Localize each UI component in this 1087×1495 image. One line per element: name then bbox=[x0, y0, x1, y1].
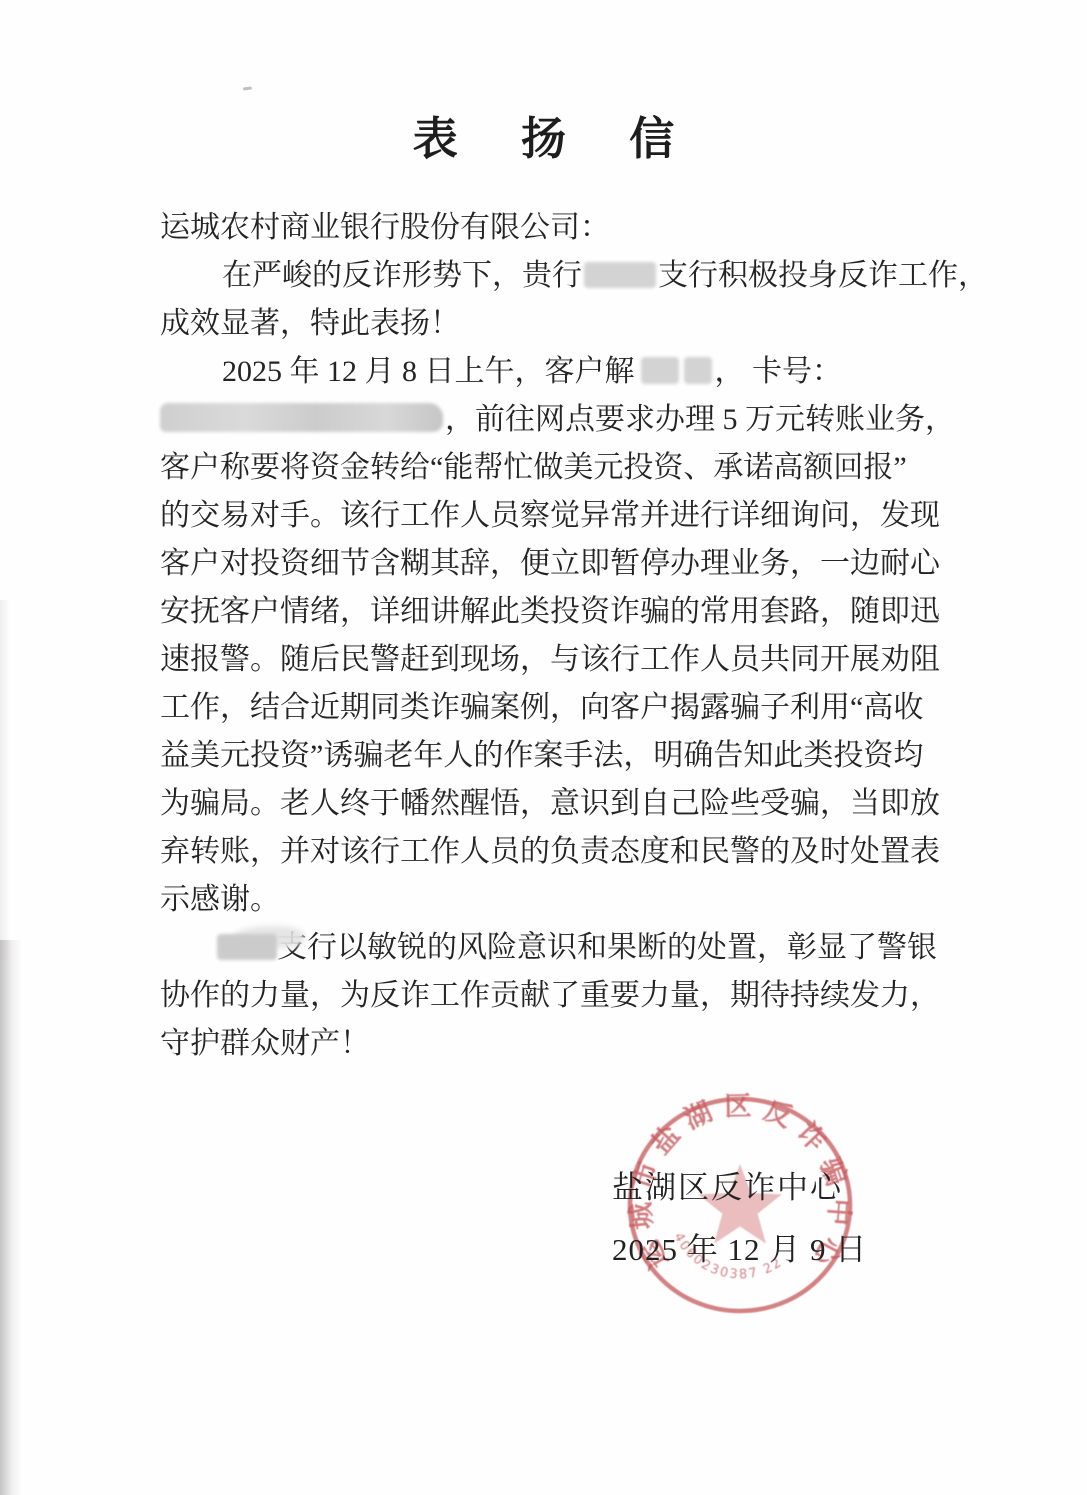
salutation-text: 运城农村商业银行股份有限公司： bbox=[160, 211, 610, 244]
para1-line1-pre: 在严峻的反诈形势下，贵行 bbox=[222, 259, 582, 292]
para2-line10-text: 为骗局。老人终于幡然醒悟，意识到自己险些受骗，当即放 bbox=[160, 787, 940, 820]
para3-line3: 守护群众财产！ bbox=[160, 1020, 960, 1068]
para2-line2-post: ，前往网点要求办理 5 万元转账业务， bbox=[445, 403, 955, 436]
salutation-line: 运城农村商业银行股份有限公司： bbox=[160, 204, 960, 252]
scan-shadow-left bbox=[0, 940, 22, 1495]
redaction-branch-name-2 bbox=[217, 934, 277, 960]
para2-line11-text: 弃转账，并对该行工作人员的负责态度和民警的及时处置表 bbox=[160, 835, 940, 868]
redaction-card-number bbox=[160, 403, 443, 432]
para2-line9-text: 益美元投资”诱骗老年人的作案手法，明确告知此类投资均 bbox=[160, 739, 923, 772]
signature-date: 2025 年 12 月 9 日 bbox=[612, 1224, 867, 1269]
para1-line1: 在严峻的反诈形势下，贵行支行积极投身反诈工作， bbox=[160, 252, 960, 300]
para2-line8: 工作，结合近期同类诈骗案例，向客户揭露骗子利用“高收 bbox=[160, 684, 960, 732]
para2-line9: 益美元投资”诱骗老年人的作案手法，明确告知此类投资均 bbox=[160, 732, 960, 780]
redaction-branch-name bbox=[584, 262, 656, 288]
scan-shadow-left-soft bbox=[0, 600, 10, 960]
para2-line7: 速报警。随后民警赶到现场，与该行工作人员共同开展劝阻 bbox=[160, 636, 960, 684]
para2-line5-text: 客户对投资细节含糊其辞，便立即暂停办理业务，一边耐心 bbox=[160, 547, 940, 580]
para2-line3: 客户称要将资金转给“能帮忙做美元投资、承诺高额回报” bbox=[160, 444, 960, 492]
letter-title: 表 扬 信 bbox=[0, 102, 1087, 167]
para2-line6-text: 安抚客户情绪，详细讲解此类投资诈骗的常用套路，随即迅 bbox=[160, 595, 940, 628]
para3-line1-post: 支行以敏锐的风险意识和果断的处置，彰显了警银 bbox=[277, 931, 937, 964]
para2-line10: 为骗局。老人终于幡然醒悟，意识到自己险些受骗，当即放 bbox=[160, 780, 960, 828]
signature-org: 盐湖区反诈中心 bbox=[612, 1162, 867, 1207]
para3-line3-text: 守护群众财产！ bbox=[160, 1027, 370, 1060]
para2-line2: ，前往网点要求办理 5 万元转账业务， bbox=[160, 396, 960, 444]
para2-line1-post: ， 卡号： bbox=[715, 355, 843, 388]
para2-line7-text: 速报警。随后民警赶到现场，与该行工作人员共同开展劝阻 bbox=[160, 643, 940, 676]
para1-line2: 成效显著，特此表扬！ bbox=[160, 300, 960, 348]
scan-artifact-mark bbox=[243, 86, 252, 90]
para2-line12: 示感谢。 bbox=[160, 876, 960, 924]
letter-body: 运城农村商业银行股份有限公司： 在严峻的反诈形势下，贵行支行积极投身反诈工作， … bbox=[160, 204, 960, 1068]
para2-line4-text: 的交易对手。该行工作人员察觉异常并进行详细询问，发现 bbox=[160, 499, 940, 532]
para2-line3-text: 客户称要将资金转给“能帮忙做美元投资、承诺高额回报” bbox=[160, 451, 907, 484]
redaction-customer-name-2 bbox=[684, 357, 712, 384]
para2-line6: 安抚客户情绪，详细讲解此类投资诈骗的常用套路，随即迅 bbox=[160, 588, 960, 636]
para2-line8-text: 工作，结合近期同类诈骗案例，向客户揭露骗子利用“高收 bbox=[160, 691, 923, 724]
redaction-customer-name-1 bbox=[641, 357, 679, 384]
para1-line1-post: 支行积极投身反诈工作， bbox=[658, 259, 988, 292]
signature-block: 盐湖区反诈中心 2025 年 12 月 9 日 bbox=[612, 1162, 867, 1269]
para2-line11: 弃转账，并对该行工作人员的负责态度和民警的及时处置表 bbox=[160, 828, 960, 876]
para2-line5: 客户对投资细节含糊其辞，便立即暂停办理业务，一边耐心 bbox=[160, 540, 960, 588]
para2-line4: 的交易对手。该行工作人员察觉异常并进行详细询问，发现 bbox=[160, 492, 960, 540]
para2-line12-text: 示感谢。 bbox=[160, 883, 280, 916]
para3-line1: 支行以敏锐的风险意识和果断的处置，彰显了警银 bbox=[160, 924, 960, 972]
para1-line2-text: 成效显著，特此表扬！ bbox=[160, 307, 460, 340]
para2-line1-pre: 2025 年 12 月 8 日上午，客户解 bbox=[222, 355, 635, 388]
para3-line2: 协作的力量，为反诈工作贡献了重要力量，期待持续发力， bbox=[160, 972, 960, 1020]
para3-line2-text: 协作的力量，为反诈工作贡献了重要力量，期待持续发力， bbox=[160, 979, 940, 1012]
para2-line1: 2025 年 12 月 8 日上午，客户解， 卡号： bbox=[160, 348, 960, 396]
scanned-letter-page: 表 扬 信 运城农村商业银行股份有限公司： 在严峻的反诈形势下，贵行支行积极投身… bbox=[0, 0, 1087, 1495]
